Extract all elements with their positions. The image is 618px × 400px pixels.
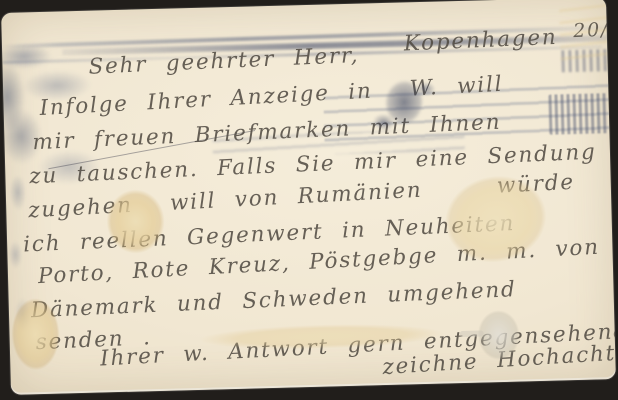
scanner-background: { "postcard": { "place": "Kopenhagen", "… bbox=[0, 0, 618, 400]
dateline-date: 20/1 22. bbox=[573, 15, 616, 42]
dateline-place: Kopenhagen bbox=[403, 25, 558, 57]
handwriting-layer: Kopenhagen20/1 22. Sehr geehrter Herr, I… bbox=[1, 0, 616, 395]
postcard: Kopenhagen20/1 22. Sehr geehrter Herr, I… bbox=[1, 0, 616, 395]
